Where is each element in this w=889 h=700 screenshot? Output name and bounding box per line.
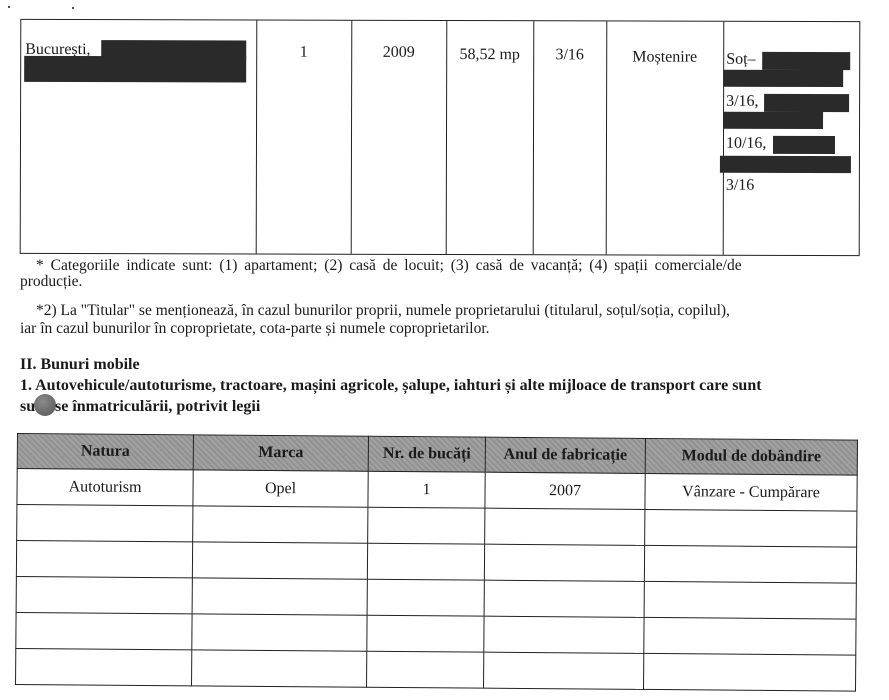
table-cell: Opel [193, 470, 368, 507]
share-cell: 3/16 [533, 45, 606, 65]
redacted-block [773, 136, 835, 154]
table-cell [484, 580, 644, 617]
table-cell [644, 653, 856, 691]
header-natura: Natura [17, 434, 193, 470]
table-cell [367, 543, 484, 580]
acquisition-mode-cell: Moștenire [606, 47, 723, 67]
table-cell: 1 [368, 471, 485, 508]
table-cell [644, 545, 856, 583]
scan-blot [34, 394, 56, 416]
redacted-block [723, 112, 823, 129]
table-cell [368, 507, 485, 544]
owner-line: Soț– [726, 50, 755, 70]
section-subtitle: 1. Autovehicule/autoturisme, tractoare, … [20, 376, 762, 396]
redacted-block [762, 52, 850, 70]
table-cell [484, 544, 644, 581]
redacted-block [764, 94, 849, 112]
table-cell [192, 614, 367, 651]
redacted-block [720, 156, 851, 173]
table-cell [644, 581, 856, 619]
table-cell [16, 612, 192, 649]
redacted-block [24, 56, 246, 83]
table-cell [367, 651, 484, 688]
table-cell [484, 652, 644, 689]
header-marca: Marca [193, 435, 368, 471]
scan-speck [72, 7, 74, 9]
section-title: II. Bunuri mobile [20, 355, 140, 375]
surface-cell: 58,52 mp [446, 45, 533, 65]
scan-speck [8, 6, 10, 8]
table-cell [484, 616, 644, 653]
owner-line: 10/16, [726, 134, 767, 154]
owner-line: 3/16, [726, 92, 759, 112]
table-cell [644, 617, 856, 655]
footnote-categories: * Categoriile indicate sunt: (1) apartam… [36, 257, 742, 275]
table-cell [192, 542, 367, 579]
table-cell [193, 506, 368, 543]
header-nr-bucati: Nr. de bucăți [368, 436, 485, 472]
table-cell [645, 509, 857, 547]
table-cell [16, 648, 192, 685]
owner-line: 3/16 [726, 176, 755, 196]
real-estate-table: București, 1 2009 58,52 mp 3/16 Moștenir… [20, 19, 861, 256]
footnote-titular-cont: iar în cazul bunurilor în coproprietate,… [20, 320, 490, 338]
vehicles-table: Natura Marca Nr. de bucăți Anul de fabri… [15, 433, 857, 692]
table-cell: Vânzare - Cumpărare [645, 473, 857, 511]
table-cell [367, 579, 484, 616]
table-cell [367, 615, 484, 652]
footnote-titular: *2) La "Titular" se menționează, în cazu… [36, 302, 730, 320]
year-cell: 2009 [351, 43, 446, 63]
table-cell [485, 508, 645, 545]
table-cell [192, 650, 367, 687]
table-row [16, 648, 856, 691]
table-cell [16, 541, 192, 578]
header-an-fabricatie: Anul de fabricație [485, 437, 645, 473]
table-cell: Autoturism [17, 469, 193, 506]
table-cell: 2007 [485, 472, 645, 509]
table-cell [16, 576, 192, 613]
footnote-categories-cont: producție. [20, 273, 82, 291]
redacted-block [723, 70, 843, 87]
section-subtitle-start: su [20, 397, 35, 417]
header-mod-dobandire: Modul de dobândire [645, 438, 857, 475]
category-cell: 1 [256, 43, 351, 63]
table-cell [17, 505, 193, 542]
section-subtitle-end: se înmatriculării, potrivit legii [55, 397, 260, 417]
table-cell [192, 578, 367, 615]
